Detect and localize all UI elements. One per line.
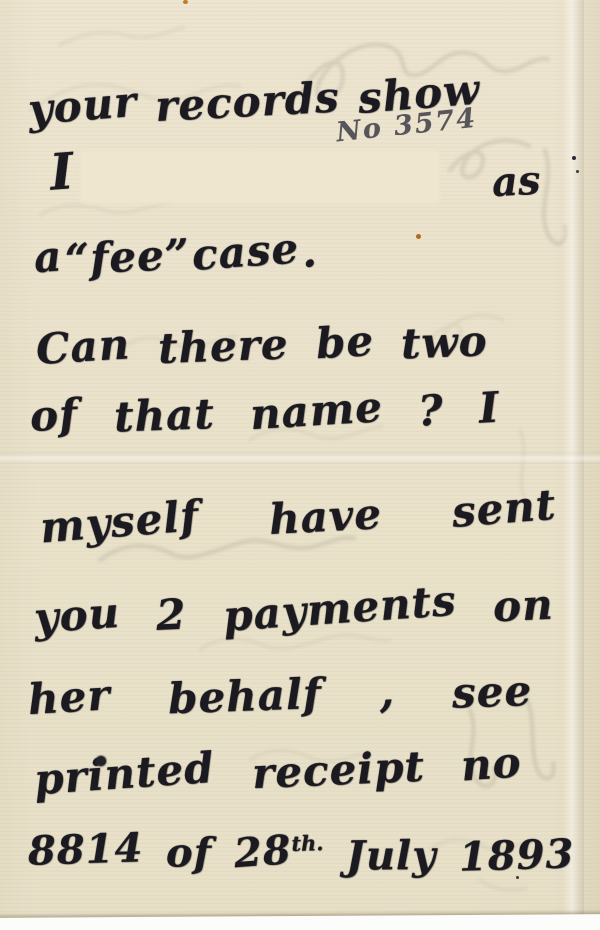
handwritten-line-5: of that name ? I	[30, 384, 501, 441]
punctuation: .	[301, 227, 319, 277]
handwritten-line-3: a “fee” case .	[33, 226, 318, 282]
paper-speck	[572, 156, 576, 160]
word: “fee”	[64, 230, 191, 284]
paper-speck	[576, 170, 579, 173]
word: 2	[156, 590, 188, 640]
date-month: July	[346, 832, 437, 879]
paper-speck	[516, 876, 519, 879]
word: name	[248, 382, 384, 439]
word: your	[26, 77, 139, 134]
ordinal-suffix: th.	[291, 830, 324, 856]
paper-speck	[416, 234, 421, 239]
letter-page: your records show No 3574 I as a “fee” c…	[0, 0, 600, 930]
punctuation: ?	[417, 386, 444, 436]
word: sent	[450, 480, 558, 537]
word: records	[154, 72, 341, 131]
word: receipt	[251, 742, 426, 798]
punctuation: ,	[377, 667, 396, 717]
redaction-patch	[82, 152, 438, 202]
handwritten-line-9: printed receipt no	[33, 740, 522, 802]
word: her	[27, 670, 112, 724]
handwritten-line-7: you 2 payments on	[33, 579, 554, 642]
word: as	[491, 157, 542, 206]
receipt-number: 8814	[27, 824, 144, 874]
ink-blot	[96, 756, 106, 766]
word: no	[460, 737, 524, 790]
word: behalf	[167, 669, 322, 723]
handwritten-line-10: 8814 of 28th. July 1893	[28, 826, 575, 881]
word: I	[478, 382, 502, 432]
word: I	[48, 141, 75, 201]
horizontal-crease	[0, 452, 600, 464]
word: printed	[32, 743, 215, 804]
scanner-bed-strip	[0, 914, 600, 930]
word: myself	[38, 491, 201, 552]
date-day: 28th.	[233, 827, 324, 877]
paper-speck	[183, 0, 188, 4]
date-year: 1893	[458, 830, 575, 880]
vertical-fold-shading	[562, 0, 584, 930]
word: there	[157, 319, 289, 373]
word: Can	[35, 319, 132, 374]
word: that	[113, 389, 215, 441]
word: case	[191, 223, 301, 279]
handwritten-line-8: her behalf , see	[28, 666, 533, 724]
word: payments	[222, 576, 459, 641]
word: of	[29, 389, 80, 441]
word: see	[451, 666, 533, 718]
handwritten-line-6: myself have sent	[39, 483, 556, 550]
word: a	[32, 231, 64, 282]
word: two	[401, 316, 489, 368]
word: be	[314, 316, 375, 368]
word: of	[166, 829, 212, 876]
word: on	[492, 580, 555, 632]
word: you	[32, 588, 121, 643]
handwritten-line-4: Can there be two	[36, 316, 489, 373]
word: have	[268, 489, 383, 544]
